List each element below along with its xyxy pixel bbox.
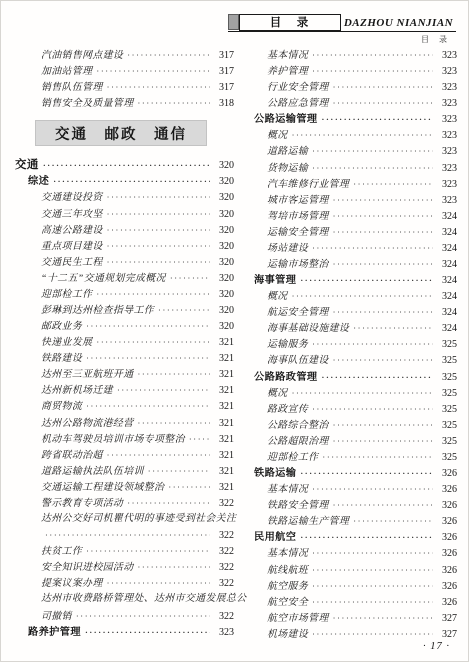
toc-page-number: 320 bbox=[213, 223, 234, 239]
toc-page-number: 327 bbox=[436, 611, 457, 627]
toc-entry-title: 司撤销 bbox=[41, 609, 72, 625]
header-gray-square-marker bbox=[228, 14, 239, 30]
dot-leader: ········································… bbox=[96, 63, 210, 79]
dot-leader: ········································… bbox=[137, 95, 210, 111]
toc-entry: 交通运输工程建设领域整治····························… bbox=[15, 479, 234, 495]
toc-entry-title: 货物运输 bbox=[267, 161, 308, 177]
toc-page-number: 324 bbox=[436, 209, 457, 225]
dot-leader: ········································… bbox=[85, 624, 210, 640]
toc-page-number: 323 bbox=[436, 193, 457, 209]
toc-header-label: 目 录 bbox=[270, 14, 311, 30]
dot-leader: ········································… bbox=[333, 208, 433, 224]
toc-page-number: 320 bbox=[213, 287, 234, 303]
toc-entry-title: 综述 bbox=[28, 174, 49, 190]
toc-entry-title: 运输安全管理 bbox=[267, 225, 329, 241]
toc-entry: 销售队伍管理··································… bbox=[15, 79, 234, 95]
toc-entry: 航空服务····································… bbox=[241, 578, 457, 594]
dot-leader: ········································… bbox=[107, 206, 210, 222]
toc-entry: 基本情况····································… bbox=[241, 481, 457, 497]
toc-page-number: 321 bbox=[213, 464, 234, 480]
toc-entry: 道路运输执法队伍培训······························… bbox=[15, 463, 234, 479]
toc-page-number: 326 bbox=[436, 482, 457, 498]
toc-entry-title: 驾培市场管理 bbox=[267, 209, 329, 225]
toc-entry-title: 警示教育专项活动 bbox=[41, 496, 123, 512]
dot-leader: ········································… bbox=[86, 543, 210, 559]
toc-entry-title: 交通三年攻坚 bbox=[41, 207, 103, 223]
toc-entry-title: 公路运输管理 bbox=[254, 112, 318, 128]
toc-entry: 交通······································… bbox=[15, 157, 234, 173]
toc-entry-continuation: ········································… bbox=[15, 527, 234, 543]
toc-entry: 海事管理····································… bbox=[241, 272, 457, 288]
page-number: · 17 · bbox=[423, 641, 450, 652]
toc-entry-title: 航空市场管理 bbox=[267, 611, 329, 627]
toc-page-number: 320 bbox=[213, 190, 234, 206]
toc-entry: 机动车驾驶员培训市场专项整治··························… bbox=[15, 431, 234, 447]
toc-page-number: 321 bbox=[213, 351, 234, 367]
toc-entry-title: 交通运输工程建设领域整治 bbox=[41, 480, 164, 496]
toc-entry: 达州新机场迁建·································… bbox=[15, 382, 234, 398]
toc-entry: 达州公路物流港经营·······························… bbox=[15, 415, 234, 431]
toc-page-number: 323 bbox=[436, 128, 457, 144]
toc-entry: 行业安全管理··································… bbox=[241, 79, 457, 95]
dot-leader: ········································… bbox=[312, 481, 433, 497]
toc-entry: 铁路建设····································… bbox=[15, 350, 234, 366]
dot-leader: ········································… bbox=[86, 398, 210, 414]
toc-entry-title: 销售队伍管理 bbox=[41, 80, 103, 96]
dot-leader: ········································… bbox=[300, 529, 433, 545]
toc-page-number: 325 bbox=[436, 370, 457, 386]
toc-entry: 公路运输管理··································… bbox=[241, 111, 457, 127]
toc-page-number: 325 bbox=[436, 337, 457, 353]
dot-leader: ········································… bbox=[333, 417, 433, 433]
toc-entry: 汽油销售网点建设································… bbox=[15, 47, 234, 63]
toc-page-number: 321 bbox=[213, 335, 234, 351]
dot-leader: ········································… bbox=[137, 559, 210, 575]
toc-page-number: 324 bbox=[436, 241, 457, 257]
toc-page-number: 326 bbox=[436, 563, 457, 579]
dot-leader: ········································… bbox=[107, 575, 210, 591]
toc-entry-title: 基本情况 bbox=[267, 48, 308, 64]
toc-page-number: 321 bbox=[213, 432, 234, 448]
toc-page-number: 324 bbox=[436, 289, 457, 305]
toc-entry-title: 航空服务 bbox=[267, 579, 308, 595]
toc-entry: 安全知识进校园活动·······························… bbox=[15, 559, 234, 575]
toc-entry: 路政宣传····································… bbox=[241, 401, 457, 417]
dot-leader: ········································… bbox=[117, 382, 210, 398]
toc-entry: 公路综合整治··································… bbox=[241, 417, 457, 433]
dot-leader: ········································… bbox=[333, 497, 433, 513]
toc-entry-title: 交通 bbox=[15, 157, 39, 173]
toc-page-number: 326 bbox=[436, 595, 457, 611]
toc-entry-title: 概况 bbox=[267, 386, 288, 402]
dot-leader: ········································… bbox=[312, 594, 433, 610]
toc-entry: 货物运输····································… bbox=[241, 160, 457, 176]
dot-leader: ········································… bbox=[333, 610, 433, 626]
toc-page-number: 320 bbox=[213, 158, 234, 174]
toc-page-number: 324 bbox=[436, 257, 457, 273]
dot-leader: ········································… bbox=[322, 449, 433, 465]
toc-left-entries: 交通······································… bbox=[15, 157, 234, 639]
toc-entry: 基本情况····································… bbox=[241, 545, 457, 561]
toc-entry: 汽车维修行业管理································… bbox=[241, 176, 457, 192]
dot-leader: ········································… bbox=[86, 350, 210, 366]
dot-leader: ········································… bbox=[43, 157, 210, 173]
toc-page-number: 320 bbox=[213, 207, 234, 223]
running-head: 目 录 bbox=[421, 34, 451, 45]
dot-leader: ········································… bbox=[158, 302, 210, 318]
dot-leader: ········································… bbox=[76, 608, 210, 624]
dot-leader: ········································… bbox=[45, 527, 210, 543]
toc-entry-title: 场站建设 bbox=[267, 241, 308, 257]
dot-leader: ········································… bbox=[312, 63, 433, 79]
dot-leader: ········································… bbox=[353, 176, 433, 192]
toc-entry-title: “十二五”交通规划完成概况 bbox=[41, 271, 166, 287]
toc-entry-title: 快递业发展 bbox=[41, 335, 92, 351]
dot-leader: ········································… bbox=[96, 286, 210, 302]
toc-page-number: 322 bbox=[213, 528, 234, 544]
dot-leader: ········································… bbox=[127, 47, 210, 63]
toc-page-number: 322 bbox=[213, 496, 234, 512]
toc-page-number: 320 bbox=[213, 319, 234, 335]
toc-entry: 达州公交好司机瞿代明的事迹受到社会关注 bbox=[15, 511, 234, 527]
section-banner-label: 交通 邮政 通信 bbox=[55, 123, 187, 144]
toc-page-number: 324 bbox=[436, 225, 457, 241]
toc-entry: 高速公路建设··································… bbox=[15, 222, 234, 238]
toc-page-number: 326 bbox=[436, 466, 457, 482]
toc-entry-title: 达州新机场迁建 bbox=[41, 383, 113, 399]
toc-page-number: 317 bbox=[213, 48, 234, 64]
toc-entry: 公路超限治理··································… bbox=[241, 433, 457, 449]
toc-page-number: 323 bbox=[436, 96, 457, 112]
toc-entry-title: 航运安全管理 bbox=[267, 305, 329, 321]
toc-entry: 概况······································… bbox=[241, 127, 457, 143]
toc-entry-title: 海事管理 bbox=[254, 273, 296, 289]
toc-page-number: 325 bbox=[436, 402, 457, 418]
toc-entry: 交通建设投资··································… bbox=[15, 189, 234, 205]
dot-leader: ········································… bbox=[333, 224, 433, 240]
toc-entry: 快递业发展···································… bbox=[15, 334, 234, 350]
toc-entry-title: 铁路运输生产管理 bbox=[267, 514, 349, 530]
dot-leader: ········································… bbox=[300, 272, 433, 288]
toc-entry-title: 行业安全管理 bbox=[267, 80, 329, 96]
toc-entry-title: 路政宣传 bbox=[267, 402, 308, 418]
toc-entry: 养护管理····································… bbox=[241, 63, 457, 79]
dot-leader: ········································… bbox=[312, 336, 433, 352]
page-header: 目 录 DAZHOU NIANJIAN bbox=[228, 13, 456, 32]
toc-page-number: 324 bbox=[436, 321, 457, 337]
toc-entry-title: 提案议案办理 bbox=[41, 576, 103, 592]
toc-entry: 机场建设····································… bbox=[241, 626, 457, 642]
toc-entry: 城市客运管理··································… bbox=[241, 192, 457, 208]
dot-leader: ········································… bbox=[107, 254, 210, 270]
toc-entry: 迎部检工作···································… bbox=[15, 286, 234, 302]
dot-leader: ········································… bbox=[168, 479, 210, 495]
toc-entry: 彭琳到达州检查指导工作·····························… bbox=[15, 302, 234, 318]
dot-leader: ········································… bbox=[107, 189, 210, 205]
dot-leader: ········································… bbox=[333, 304, 433, 320]
toc-entry: 基本情况····································… bbox=[241, 47, 457, 63]
toc-entry-title: 概况 bbox=[267, 289, 288, 305]
toc-entry-title: 基本情况 bbox=[267, 546, 308, 562]
toc-entry: 跨省联动治超··································… bbox=[15, 447, 234, 463]
dot-leader: ········································… bbox=[322, 111, 433, 127]
toc-page-number: 323 bbox=[436, 144, 457, 160]
toc-entry-title: 民用航空 bbox=[254, 530, 296, 546]
toc-entry-title: 高速公路建设 bbox=[41, 223, 103, 239]
scanned-toc-page: 目 录 DAZHOU NIANJIAN 目 录 汽油销售网点建设········… bbox=[0, 0, 469, 662]
toc-page-number: 321 bbox=[213, 399, 234, 415]
dot-leader: ········································… bbox=[333, 352, 433, 368]
dot-leader: ········································… bbox=[312, 401, 433, 417]
toc-entry-title: 汽油销售网点建设 bbox=[41, 48, 123, 64]
toc-entry-title: 铁路建设 bbox=[41, 351, 82, 367]
toc-page-number: 323 bbox=[436, 177, 457, 193]
toc-entry-title: 彭琳到达州检查指导工作 bbox=[41, 303, 154, 319]
toc-entry-title: 机动车驾驶员培训市场专项整治 bbox=[41, 432, 185, 448]
toc-entry: 重点项目建设··································… bbox=[15, 238, 234, 254]
toc-page-number: 324 bbox=[436, 273, 457, 289]
toc-entry-title: 安全知识进校园活动 bbox=[41, 560, 133, 576]
toc-entry: 扶贫工作····································… bbox=[15, 543, 234, 559]
toc-page-number: 326 bbox=[436, 530, 457, 546]
dot-leader: ········································… bbox=[333, 433, 433, 449]
toc-left-pre-banner-entries: 汽油销售网点建设································… bbox=[15, 47, 234, 111]
toc-page-number: 323 bbox=[213, 625, 234, 641]
dot-leader: ········································… bbox=[312, 626, 433, 642]
toc-right-entries: 基本情况····································… bbox=[241, 47, 457, 642]
dot-leader: ········································… bbox=[312, 545, 433, 561]
dot-leader: ········································… bbox=[137, 366, 210, 382]
toc-entry: 概况······································… bbox=[241, 385, 457, 401]
toc-page-number: 325 bbox=[436, 418, 457, 434]
toc-page-number: 325 bbox=[436, 450, 457, 466]
dot-leader: ········································… bbox=[292, 127, 433, 143]
toc-entry-title: 机场建设 bbox=[267, 627, 308, 643]
toc-entry: 路养护管理···································… bbox=[15, 624, 234, 640]
toc-entry: 迎部检工作···································… bbox=[241, 449, 457, 465]
toc-entry-continuation: 司撤销·····································… bbox=[15, 608, 234, 624]
toc-entry: 交通民生工程··································… bbox=[15, 254, 234, 270]
dot-leader: ········································… bbox=[353, 513, 433, 529]
toc-entry-title: 道路运输执法队伍培训 bbox=[41, 464, 144, 480]
toc-page-number: 318 bbox=[213, 96, 234, 112]
toc-page-number: 320 bbox=[213, 174, 234, 190]
dot-leader: ········································… bbox=[333, 256, 433, 272]
dot-leader: ········································… bbox=[312, 240, 433, 256]
toc-entry: 航空安全····································… bbox=[241, 594, 457, 610]
toc-page-number: 323 bbox=[436, 80, 457, 96]
toc-entry: 场站建设····································… bbox=[241, 240, 457, 256]
toc-page-number: 323 bbox=[436, 64, 457, 80]
toc-page-number: 323 bbox=[436, 112, 457, 128]
dot-leader: ········································… bbox=[292, 288, 433, 304]
dot-leader: ········································… bbox=[322, 369, 433, 385]
toc-entry-title: 汽车维修行业管理 bbox=[267, 177, 349, 193]
toc-page-number: 323 bbox=[436, 161, 457, 177]
toc-page-number: 324 bbox=[436, 305, 457, 321]
toc-entry: 加油站管理···································… bbox=[15, 63, 234, 79]
toc-page-number: 326 bbox=[436, 546, 457, 562]
toc-page-number: 322 bbox=[213, 609, 234, 625]
toc-entry-title: 达州市收费路桥管理处、达州市交通发展总公 bbox=[41, 591, 247, 607]
toc-entry-title: 运输服务 bbox=[267, 337, 308, 353]
toc-entry-title: 邮政业务 bbox=[41, 319, 82, 335]
toc-page-number: 322 bbox=[213, 560, 234, 576]
toc-entry: 驾培市场管理··································… bbox=[241, 208, 457, 224]
toc-entry: 运输市场整治··································… bbox=[241, 256, 457, 272]
toc-entry: “十二五”交通规划完成概况···························… bbox=[15, 270, 234, 286]
toc-entry: 铁路运输生产管理································… bbox=[241, 513, 457, 529]
toc-page-number: 321 bbox=[213, 367, 234, 383]
dot-leader: ········································… bbox=[96, 334, 210, 350]
dot-leader: ········································… bbox=[107, 447, 210, 463]
dot-leader: ········································… bbox=[107, 238, 210, 254]
toc-entry-title: 交通建设投资 bbox=[41, 190, 103, 206]
toc-page-number: 317 bbox=[213, 80, 234, 96]
toc-entry: 销售安全及质量管理·······························… bbox=[15, 95, 234, 111]
toc-entry-title: 公路应急管理 bbox=[267, 96, 329, 112]
toc-entry-title: 重点项目建设 bbox=[41, 239, 103, 255]
toc-entry-title: 铁路安全管理 bbox=[267, 498, 329, 514]
dot-leader: ········································… bbox=[86, 318, 210, 334]
toc-entry-title: 航线航班 bbox=[267, 563, 308, 579]
toc-page-number: 317 bbox=[213, 64, 234, 80]
toc-entry: 铁路运输····································… bbox=[241, 465, 457, 481]
toc-right-column: 基本情况····································… bbox=[241, 47, 457, 642]
dot-leader: ········································… bbox=[107, 79, 210, 95]
toc-entry: 达州至三亚航班开通·······························… bbox=[15, 366, 234, 382]
dot-leader: ········································… bbox=[312, 47, 433, 63]
toc-entry-title: 养护管理 bbox=[267, 64, 308, 80]
toc-page-number: 325 bbox=[436, 353, 457, 369]
dot-leader: ········································… bbox=[333, 192, 433, 208]
toc-page-number: 325 bbox=[436, 386, 457, 402]
toc-page-number: 326 bbox=[436, 498, 457, 514]
toc-entry: 警示教育专项活动································… bbox=[15, 495, 234, 511]
toc-entry-title: 海事基础设施建设 bbox=[267, 321, 349, 337]
toc-entry-title: 道路运输 bbox=[267, 144, 308, 160]
dot-leader: ········································… bbox=[189, 431, 210, 447]
toc-entry: 商贸物流····································… bbox=[15, 398, 234, 414]
toc-entry-title: 概况 bbox=[267, 128, 288, 144]
dot-leader: ········································… bbox=[148, 463, 210, 479]
toc-page-number: 323 bbox=[436, 48, 457, 64]
toc-entry-title: 达州至三亚航班开通 bbox=[41, 367, 133, 383]
dot-leader: ········································… bbox=[312, 160, 433, 176]
toc-entry-title: 迎部检工作 bbox=[41, 287, 92, 303]
dot-leader: ········································… bbox=[127, 495, 210, 511]
toc-entry-title: 海事队伍建设 bbox=[267, 353, 329, 369]
toc-entry: 海事队伍建设··································… bbox=[241, 352, 457, 368]
toc-entry: 民用航空····································… bbox=[241, 529, 457, 545]
dot-leader: ········································… bbox=[353, 320, 433, 336]
dot-leader: ········································… bbox=[333, 79, 433, 95]
toc-entry: 铁路安全管理··································… bbox=[241, 497, 457, 513]
toc-entry: 海事基础设施建设································… bbox=[241, 320, 457, 336]
toc-entry-title: 航空安全 bbox=[267, 595, 308, 611]
toc-page-number: 321 bbox=[213, 448, 234, 464]
toc-entry-title: 销售安全及质量管理 bbox=[41, 96, 133, 112]
dot-leader: ········································… bbox=[170, 270, 210, 286]
toc-entry-title: 扶贫工作 bbox=[41, 544, 82, 560]
toc-page-number: 320 bbox=[213, 255, 234, 271]
toc-page-number: 322 bbox=[213, 544, 234, 560]
toc-entry: 运输安全管理··································… bbox=[241, 224, 457, 240]
toc-entry-title: 达州公交好司机瞿代明的事迹受到社会关注 bbox=[41, 511, 236, 527]
toc-page-number: 321 bbox=[213, 480, 234, 496]
toc-page-number: 326 bbox=[436, 579, 457, 595]
toc-entry-title: 公路综合整治 bbox=[267, 418, 329, 434]
toc-left-column: 汽油销售网点建设································… bbox=[15, 47, 234, 640]
toc-page-number: 325 bbox=[436, 434, 457, 450]
toc-page-number: 326 bbox=[436, 514, 457, 530]
toc-entry: 邮政业务····································… bbox=[15, 318, 234, 334]
toc-entry-title: 路养护管理 bbox=[28, 625, 81, 641]
dot-leader: ········································… bbox=[312, 143, 433, 159]
toc-entry-title: 运输市场整治 bbox=[267, 257, 329, 273]
toc-entry: 道路运输····································… bbox=[241, 143, 457, 159]
toc-entry: 交通三年攻坚··································… bbox=[15, 206, 234, 222]
toc-header-box: 目 录 bbox=[239, 14, 341, 31]
dot-leader: ········································… bbox=[53, 173, 210, 189]
dot-leader: ········································… bbox=[292, 385, 433, 401]
dot-leader: ········································… bbox=[107, 222, 210, 238]
toc-entry: 提案议案办理··································… bbox=[15, 575, 234, 591]
toc-entry: 综述······································… bbox=[15, 173, 234, 189]
dot-leader: ········································… bbox=[312, 578, 433, 594]
toc-entry-title: 铁路运输 bbox=[254, 466, 296, 482]
section-banner: 交通 邮政 通信 bbox=[35, 120, 207, 146]
toc-entry-title: 城市客运管理 bbox=[267, 193, 329, 209]
toc-entry: 航运安全管理··································… bbox=[241, 304, 457, 320]
toc-entry: 公路路政管理··································… bbox=[241, 369, 457, 385]
toc-entry-title: 跨省联动治超 bbox=[41, 448, 103, 464]
toc-entry: 达州市收费路桥管理处、达州市交通发展总公 bbox=[15, 591, 234, 607]
toc-entry-title: 加油站管理 bbox=[41, 64, 92, 80]
toc-page-number: 320 bbox=[213, 239, 234, 255]
toc-entry-title: 迎部检工作 bbox=[267, 450, 318, 466]
toc-entry: 概况······································… bbox=[241, 288, 457, 304]
toc-page-number: 320 bbox=[213, 303, 234, 319]
toc-page-number: 321 bbox=[213, 383, 234, 399]
toc-page-number: 322 bbox=[213, 576, 234, 592]
dot-leader: ········································… bbox=[137, 415, 210, 431]
dot-leader: ········································… bbox=[312, 562, 433, 578]
toc-entry-title: 达州公路物流港经营 bbox=[41, 416, 133, 432]
toc-entry-title: 公路超限治理 bbox=[267, 434, 329, 450]
toc-entry: 公路应急管理··································… bbox=[241, 95, 457, 111]
dot-leader: ········································… bbox=[300, 465, 433, 481]
toc-entry: 运输服务····································… bbox=[241, 336, 457, 352]
toc-entry-title: 商贸物流 bbox=[41, 399, 82, 415]
dot-leader: ········································… bbox=[333, 95, 433, 111]
toc-page-number: 321 bbox=[213, 416, 234, 432]
toc-page-number: 320 bbox=[213, 271, 234, 287]
toc-entry-title: 公路路政管理 bbox=[254, 370, 318, 386]
yearbook-title: DAZHOU NIANJIAN bbox=[341, 17, 456, 31]
toc-entry: 航线航班····································… bbox=[241, 562, 457, 578]
toc-entry-title: 交通民生工程 bbox=[41, 255, 103, 271]
toc-entry-title: 基本情况 bbox=[267, 482, 308, 498]
toc-entry: 航空市场管理··································… bbox=[241, 610, 457, 626]
